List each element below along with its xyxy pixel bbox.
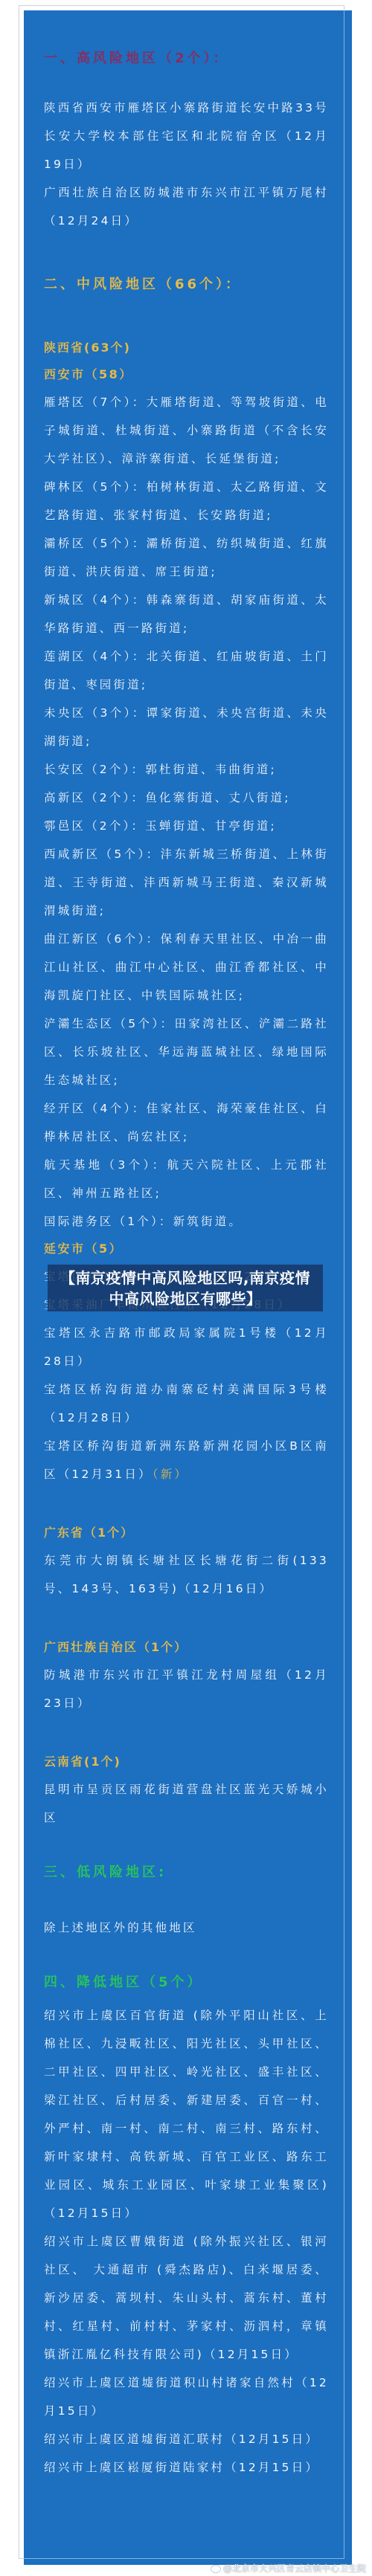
lowered-item: 绍兴市上虞区曹娥街道 (除外振兴社区、银河社区、 大通超市 (舜杰路店)、白米堰… [44, 2227, 329, 2369]
district-item: 未央区（3个）：谭家街道、未央宫街道、未央湖街道; [44, 699, 329, 755]
lowered-item: 绍兴市上虞区崧厦街道陆家村（12月15日） [44, 2453, 329, 2482]
inner-border-line-bottom [24, 2558, 344, 2559]
district-item: 鄠邑区（2个）：玉蝉街道、甘亭街道; [44, 812, 329, 840]
district-item: 新城区（4个）：韩森寨街道、胡家庙街道、太华路街道、西一路街道; [44, 586, 329, 642]
district-item: 长安区（2个）：郭杜街道、韦曲街道; [44, 755, 329, 784]
province-heading-shaanxi: 陕西省(63个) [44, 335, 329, 361]
area-item: 宝塔区桥沟街道新洲东路新洲花园小区B区南区（12月31日）（新） [44, 1432, 329, 1488]
district-item: 浐灞生态区（5个）：田家湾社区、浐灞二路社区、长乐坡社区、华远海蓝城社区、绿地国… [44, 1010, 329, 1094]
mid-risk-heading: 二、中风险地区（66个）： [44, 266, 329, 303]
city-heading-yanan: 延安市（5） [44, 1236, 329, 1262]
inner-border-line [344, 10, 344, 2559]
district-item: 国际港务区（1个）：新筑街道。 [44, 1207, 329, 1236]
lowered-item: 绍兴市上虞区道墟街道汇联村（12月15日） [44, 2425, 329, 2453]
lowered-item: 绍兴市上虞区百官街道 (除外平阳山社区、上棉社区、九浸畈社区、阳光社区、头甲社区… [44, 2001, 329, 2227]
area-item: 昆明市呈贡区雨花街道营盘社区蓝光天娇城小区 [44, 1775, 329, 1832]
weibo-icon [211, 2565, 221, 2573]
district-item: 莲湖区（4个）：北关街道、红庙坡街道、土门街道、枣园街道; [44, 642, 329, 699]
area-item: 防城港市东兴市江平镇江龙村周屋组（12月23日） [44, 1661, 329, 1717]
district-item: 雁塔区（7个）：大雁塔街道、等驾坡街道、电子城街道、杜城街道、小寨路街道（不含长… [44, 388, 329, 473]
district-item: 经开区（4个）：佳家社区、海荣豪佳社区、白桦林居社区、尚宏社区; [44, 1094, 329, 1151]
province-heading-guangdong: 广东省（1个） [44, 1520, 329, 1546]
area-item: 宝塔区桥沟街道办南寨砭村美满国际3号楼（12月28日） [44, 1375, 329, 1432]
district-item: 碑林区（5个）：柏树林街道、太乙路街道、文艺路街道、张家村街道、长安路街道; [44, 473, 329, 529]
article-content: 一、高风险地区（2个）： 陕西省西安市雁塔区小寨路街道长安中路33号长安大学校本… [44, 30, 329, 2482]
watermark: @北京市大兴区青云店镇中心卫生院 [211, 2561, 366, 2576]
high-risk-heading: 一、高风险地区（2个）： [44, 40, 329, 77]
district-item: 高新区（2个）：鱼化寨街道、丈八街道; [44, 784, 329, 812]
low-risk-heading: 三、低风险地区: [44, 1854, 329, 1891]
new-tag: （新） [153, 1468, 188, 1481]
district-item: 灞桥区（5个）：灞桥街道、纺织城街道、红旗街道、洪庆街道、席王街道; [44, 529, 329, 586]
district-item: 曲江新区（6个）：保利春天里社区、中冶一曲江山社区、曲江中心社区、曲江香都社区、… [44, 925, 329, 1010]
area-item: 东莞市大朗镇长塘社区长塘花街二街(133号、143号、163号)（12月16日） [44, 1546, 329, 1603]
city-heading-xian: 西安市（58） [44, 361, 329, 388]
province-heading-yunnan: 云南省(1个) [44, 1749, 329, 1775]
low-risk-text: 除上述地区外的其他地区 [44, 1914, 329, 1942]
lowered-item: 绍兴市上虞区道墟街道积山村诸家自然村（12月15日） [44, 2369, 329, 2425]
title-banner: 【南京疫情中高风险地区吗,南京疫情中高风险地区有哪些】 [48, 1265, 323, 1311]
district-item: 航天基地（3个）：航天六院社区、上元郡社区、神州五路社区; [44, 1151, 329, 1207]
lowered-heading: 四、降低地区（5个） [44, 1964, 329, 2001]
banner-title: 【南京疫情中高风险地区吗,南京疫情中高风险地区有哪些】 [58, 1268, 312, 1309]
high-risk-item: 陕西省西安市雁塔区小寨路街道长安中路33号长安大学校本部住宅区和北院宿舍区（12… [44, 94, 329, 178]
high-risk-item: 广西壮族自治区防城港市东兴市江平镇万尾村（12月24日） [44, 178, 329, 235]
area-item: 宝塔区永吉路市邮政局家属院1号楼（12月28日） [44, 1319, 329, 1375]
province-heading-guangxi: 广西壮族自治区（1个） [44, 1634, 329, 1661]
watermark-text: @北京市大兴区青云店镇中心卫生院 [223, 2561, 366, 2576]
district-item: 西咸新区（5个）：沣东新城三桥街道、上林街道、王寺街道、沣西新城马王街道、秦汉新… [44, 840, 329, 925]
